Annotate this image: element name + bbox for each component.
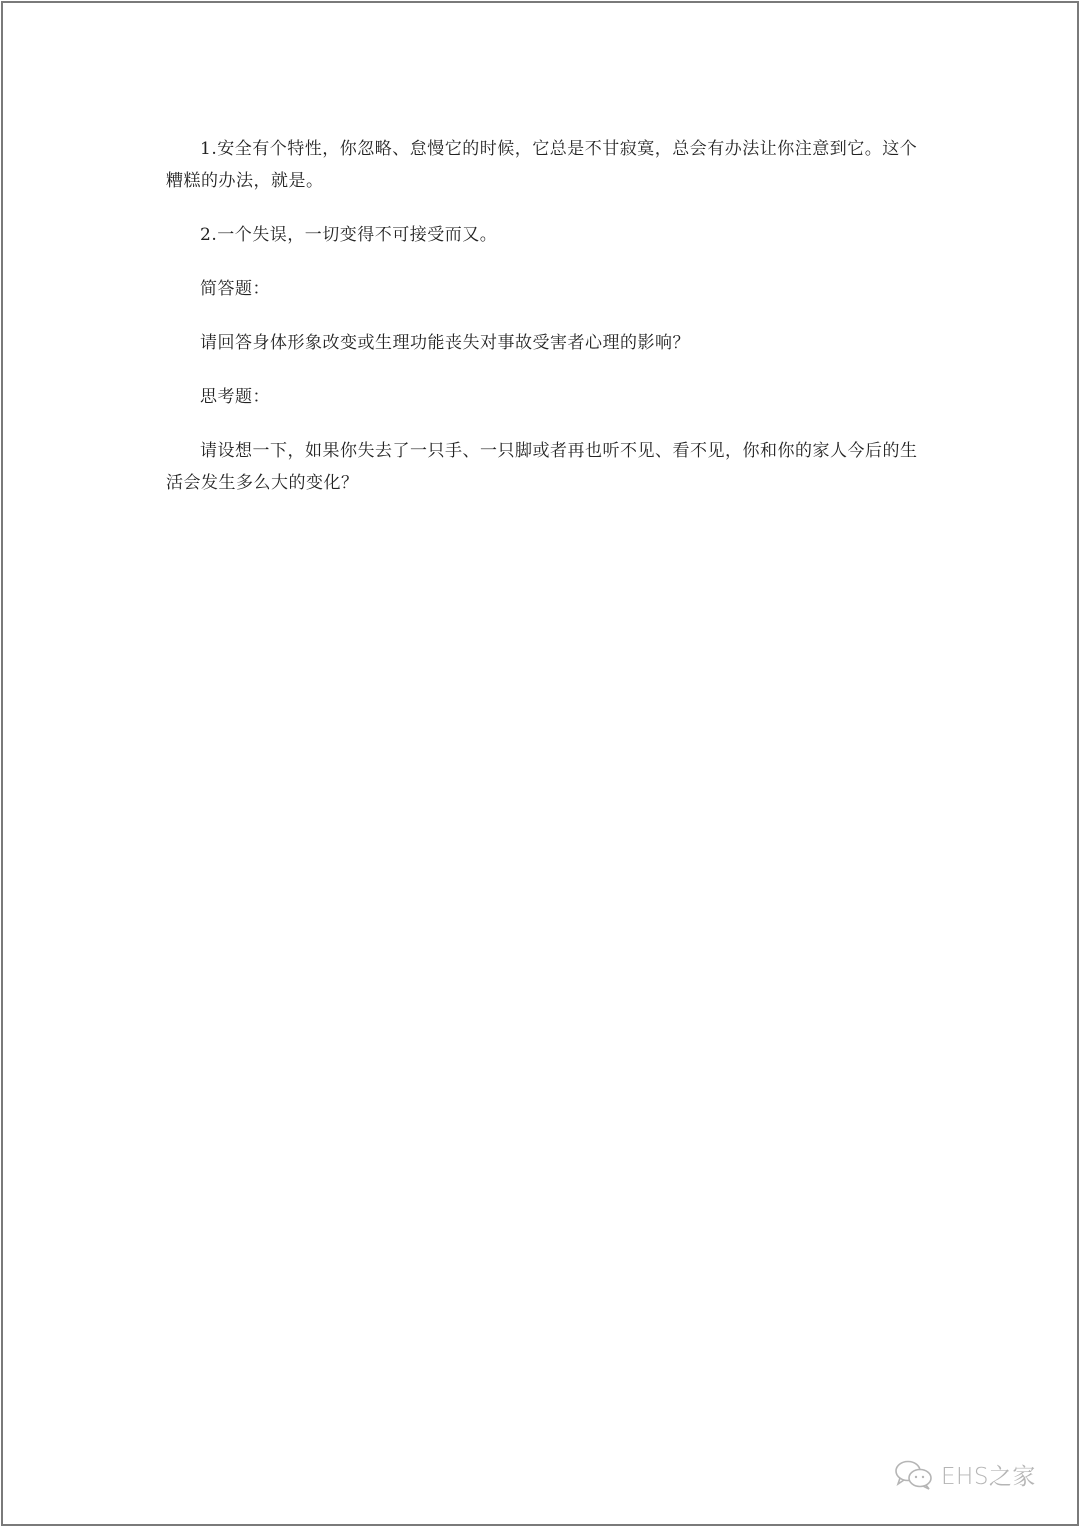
watermark-text: EHS之家 — [941, 1458, 1036, 1491]
short-answer-question: 请回答身体形象改变或生理功能丧失对事故受害者心理的影响？ — [166, 327, 926, 359]
fill-in-question-2: 2.一个失误，一切变得不可接受而又。 — [166, 219, 926, 251]
document-page: 1.安全有个特性，你忽略、怠慢它的时候，它总是不甘寂寞，总会有办法让你注意到它。… — [1, 1, 1079, 1526]
fill-in-question-1: 1.安全有个特性，你忽略、怠慢它的时候，它总是不甘寂寞，总会有办法让你注意到它。… — [166, 133, 926, 197]
reflection-heading: 思考题： — [166, 381, 926, 413]
wechat-icon — [893, 1459, 935, 1491]
short-answer-heading: 简答题： — [166, 273, 926, 305]
document-body: 1.安全有个特性，你忽略、怠慢它的时候，它总是不甘寂寞，总会有办法让你注意到它。… — [166, 133, 926, 521]
watermark: EHS之家 — [893, 1458, 1036, 1491]
reflection-question: 请设想一下，如果你失去了一只手、一只脚或者再也听不见、看不见，你和你的家人今后的… — [166, 435, 926, 499]
